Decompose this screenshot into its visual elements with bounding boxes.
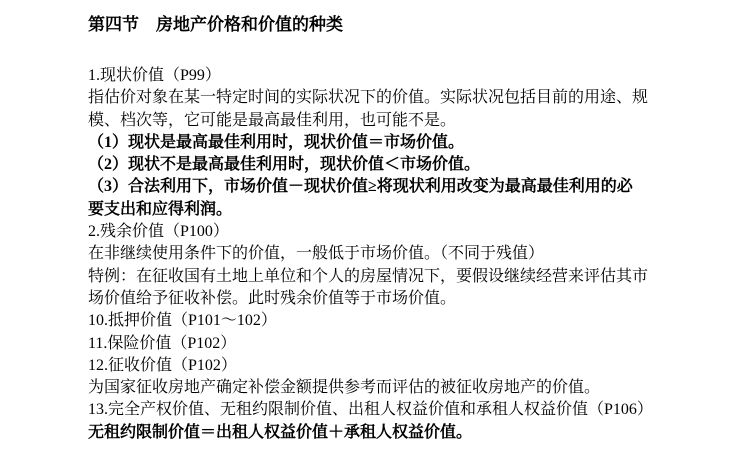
text-line: 1.现状价值（P99） [88,65,691,87]
document-page: 第四节 房地产价格和价值的种类 1.现状价值（P99）指估价对象在某一特定时间的… [0,0,731,454]
text-line: （1）现状是最高最佳利用时，现状价值＝市场价值。 [88,132,691,154]
text-line: 在非继续使用条件下的价值，一般低于市场价值。（不同于残值） [88,243,691,265]
text-line: 10.抵押价值（P101～102） [88,310,691,332]
text-line: 为国家征收房地产确定补偿金额提供参考而评估的被征收房地产的价值。 [88,377,691,399]
text-line: 2.残余价值（P100） [88,221,691,243]
text-line: 场价值给予征收补偿。此时残余价值等于市场价值。 [88,288,691,310]
text-line: 要支出和应得利润。 [88,199,691,221]
text-line: （2）现状不是最高最佳利用时，现状价值＜市场价值。 [88,154,691,176]
document-body: 1.现状价值（P99）指估价对象在某一特定时间的实际状况下的价值。实际状况包括目… [88,65,691,444]
section-title: 第四节 房地产价格和价值的种类 [88,12,691,38]
text-line: 指估价对象在某一特定时间的实际状况下的价值。实际状况包括目前的用途、规 [88,87,691,109]
text-line: 模、档次等，它可能是最高最佳利用，也可能不是。 [88,110,691,132]
text-line: 11.保险价值（P102） [88,333,691,355]
text-line: 无租约限制价值＝出租人权益价值＋承租人权益价值。 [88,422,691,444]
text-line: 12.征收价值（P102） [88,355,691,377]
text-line: （3）合法利用下，市场价值－现状价值≥将现状利用改变为最高最佳利用的必 [88,176,691,198]
text-line: 13.完全产权价值、无租约限制价值、出租人权益价值和承租人权益价值（P106） [88,399,691,421]
text-line: 特例：在征收国有土地上单位和个人的房屋情况下，要假设继续经营来评估其市 [88,266,691,288]
